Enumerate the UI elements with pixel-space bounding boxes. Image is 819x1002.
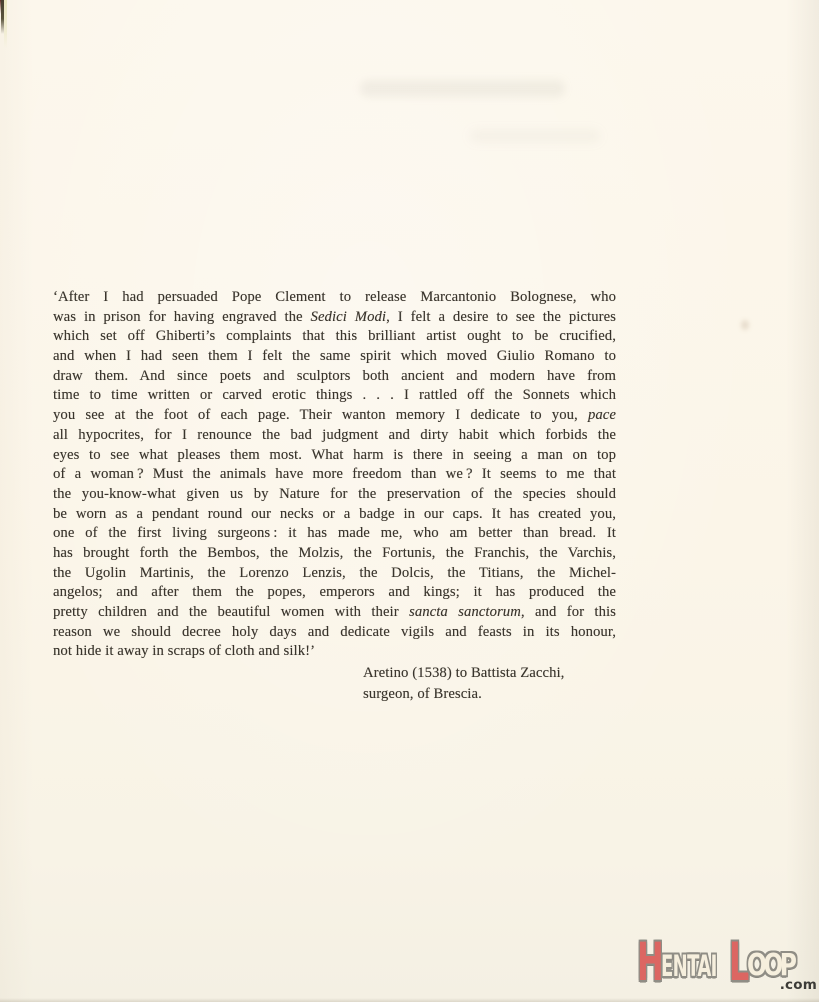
quote-block: ‘After I had persuaded Pope Clement to r…: [53, 288, 616, 662]
quote-line: one of the first living surgeons : it ha…: [53, 524, 616, 544]
quote-line: angelos; and after them the popes, emper…: [53, 583, 616, 603]
paper-spot: [741, 320, 749, 330]
quote-line: be worn as a pendant round our necks or …: [53, 505, 616, 525]
bleed-through-smudge: [360, 80, 565, 97]
scan-corner-artifact-pale: [4, 0, 7, 48]
quote-line: and when I had seen them I felt the same…: [53, 347, 616, 367]
watermark-logo: H ENTAI L OOP .com: [634, 936, 818, 994]
quote-line: eyes to see what pleases them most. What…: [53, 446, 616, 466]
attribution-line-1: Aretino (1538) to Battista Zacchi,: [363, 663, 564, 684]
quote-line: ‘After I had persuaded Pope Clement to r…: [53, 288, 616, 308]
quote-line: not hide it away in scraps of cloth and …: [53, 642, 616, 662]
quote-line: of a woman ? Must the animals have more …: [53, 465, 616, 485]
quote-line: pretty children and the beautiful women …: [53, 603, 616, 623]
quote-line: was in prison for having engraved the Se…: [53, 308, 616, 328]
quote-line: reason we should decree holy days and de…: [53, 623, 616, 643]
watermark-letter-h: H: [637, 936, 664, 989]
quote-line: draw them. And since poets and sculptors…: [53, 367, 616, 387]
attribution-line-2: surgeon, of Brescia.: [363, 684, 564, 705]
quote-line: which set off Ghiberti’s complaints that…: [53, 327, 616, 347]
attribution: Aretino (1538) to Battista Zacchi, surge…: [363, 663, 564, 705]
book-page: ‘After I had persuaded Pope Clement to r…: [0, 0, 819, 1002]
quote-line: the Ugolin Martinis, the Lorenzo Lenzis,…: [53, 564, 616, 584]
quote-line: has brought forth the Bembos, the Molzis…: [53, 544, 616, 564]
page-bottom-edge-shadow: [0, 998, 819, 1002]
quote-line: all hypocrites, for I renounce the bad j…: [53, 426, 616, 446]
watermark-text-com: .com: [780, 977, 817, 993]
quote-line: the you-know-what given us by Nature for…: [53, 485, 616, 505]
quote-line: you see at the foot of each page. Their …: [53, 406, 616, 426]
bleed-through-smudge-2: [470, 130, 600, 142]
quote-line: time to time written or carved erotic th…: [53, 386, 616, 406]
watermark-text-entai: ENTAI: [661, 952, 717, 981]
